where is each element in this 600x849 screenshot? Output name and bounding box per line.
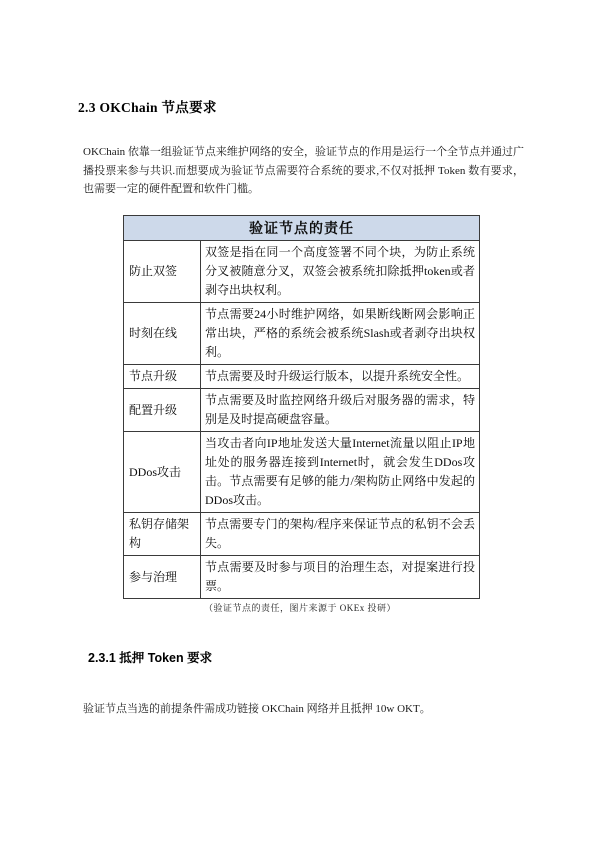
table-row: 时刻在线 节点需要24小时维护网络，如果断线断网会影响正常出块，严格的系统会被系… <box>124 303 480 365</box>
table-row: DDos攻击 当攻击者向IP地址发送大量Internet流量以阻止IP地址处的服… <box>124 432 480 513</box>
subsection-heading: 2.3.1 抵押 Token 要求 <box>88 648 212 666</box>
table-row: 防止双签 双签是指在同一个高度签署不同个块，为防止系统分叉被随意分叉，双签会被系… <box>124 241 480 303</box>
table-row: 节点升级 节点需要及时升级运行版本，以提升系统安全性。 <box>124 365 480 389</box>
table-row: 参与治理 节点需要及时参与项目的治理生态，对提案进行投票。 <box>124 556 480 599</box>
row-description: 节点需要专门的架构/程序来保证节点的私钥不会丢失。 <box>201 513 480 556</box>
table-title: 验证节点的责任 <box>124 216 480 241</box>
table-row: 配置升级 节点需要及时监控网络升级后对服务器的需求，特别是及时提高硬盘容量。 <box>124 389 480 432</box>
section-paragraph: OKChain 依靠一组验证节点来维护网络的安全，验证节点的作用是运行一个全节点… <box>83 143 524 199</box>
row-description: 双签是指在同一个高度签署不同个块，为防止系统分叉被随意分叉，双签会被系统扣除抵押… <box>201 241 480 303</box>
table-header-row: 验证节点的责任 <box>124 216 480 241</box>
row-label: DDos攻击 <box>124 432 201 513</box>
section-heading: 2.3 OKChain 节点要求 <box>78 96 217 116</box>
row-description: 节点需要及时升级运行版本，以提升系统安全性。 <box>201 365 480 389</box>
row-description: 节点需要及时监控网络升级后对服务器的需求，特别是及时提高硬盘容量。 <box>201 389 480 432</box>
row-label: 配置升级 <box>124 389 201 432</box>
table-row: 私钥存储架构 节点需要专门的架构/程序来保证节点的私钥不会丢失。 <box>124 513 480 556</box>
row-label: 防止双签 <box>124 241 201 303</box>
row-label: 私钥存储架构 <box>124 513 201 556</box>
row-description: 当攻击者向IP地址发送大量Internet流量以阻止IP地址处的服务器连接到In… <box>201 432 480 513</box>
row-description: 节点需要24小时维护网络，如果断线断网会影响正常出块，严格的系统会被系统Slas… <box>201 303 480 365</box>
validator-responsibilities-table: 验证节点的责任 防止双签 双签是指在同一个高度签署不同个块，为防止系统分叉被随意… <box>123 215 480 599</box>
row-label: 时刻在线 <box>124 303 201 365</box>
row-label: 节点升级 <box>124 365 201 389</box>
row-description: 节点需要及时参与项目的治理生态，对提案进行投票。 <box>201 556 480 599</box>
table-caption: （验证节点的责任，图片来源于 OKEx 投研） <box>0 601 600 614</box>
document-page: 2.3 OKChain 节点要求 OKChain 依靠一组验证节点来维护网络的安… <box>0 0 600 849</box>
row-label: 参与治理 <box>124 556 201 599</box>
subsection-paragraph: 验证节点当选的前提条件需成功链接 OKChain 网络并且抵押 10w OKT。 <box>83 700 543 719</box>
